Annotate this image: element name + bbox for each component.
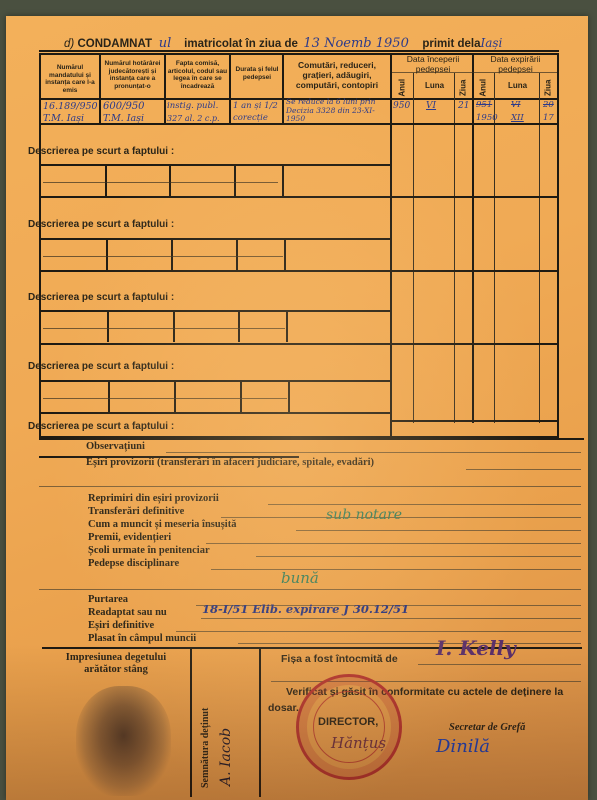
col-divider — [413, 73, 414, 423]
col-header-comutari: Comutări, reduceri, grațieri, adăugiri, … — [286, 60, 388, 90]
subcol-luna: Luna — [496, 82, 539, 90]
cell-comutari: Se reduce la 6 luni prin Decizia 3328 di… — [286, 98, 388, 124]
cell-start-anul: 950 — [393, 101, 410, 112]
cum-a-muncit-value: sub notare — [326, 507, 402, 523]
cell-start-ziua: 21 — [458, 101, 469, 112]
imatriculat-label: imatricolat în ziua de — [184, 38, 298, 50]
description-label: Descrierea pe scurt a faptului : — [28, 219, 174, 230]
fisa-signature: I. Kelly — [436, 636, 516, 660]
fingerprint-label: Impresiunea degetului arătător stâng — [46, 652, 186, 676]
esiri-definitive-label: Eșiri definitive — [88, 620, 154, 631]
fill-line — [39, 486, 581, 487]
plasat-label: Plasat în câmpul muncii — [88, 633, 196, 644]
secretar-label: Secretar de Grefă — [449, 722, 525, 733]
fill-line — [39, 589, 581, 590]
fill-line — [238, 643, 581, 644]
fingerprint-impression — [76, 686, 171, 796]
subcol-ziua: Ziua — [459, 76, 467, 100]
footer-divider — [259, 647, 261, 797]
header-title: CONDAMNAT — [77, 38, 152, 50]
row-rule — [392, 123, 557, 125]
cum-a-muncit-label: Cum a muncit și meseria însușită — [88, 519, 236, 530]
cell-fapta: instig. publ. — [167, 101, 218, 112]
subcol-luna: Luna — [415, 82, 454, 90]
col-divider — [229, 53, 231, 123]
col-header-end-date: Data expirării pedepsei — [474, 54, 557, 74]
purtarea-label: Purtarea — [88, 594, 128, 605]
secretar-signature: Dinilă — [436, 736, 490, 757]
cell-durata: 1 an și 1/2 — [233, 101, 278, 112]
row-rule — [41, 380, 390, 382]
fisa-label: Fișa a fost întocmită de — [281, 653, 398, 665]
prisoner-record-card: d) CONDAMNATul imatricolat în ziua de 13… — [6, 16, 588, 800]
reprimiri-label: Reprimiri din eșiri provizorii — [88, 493, 219, 504]
description-label: Descrierea pe scurt a faptului : — [28, 146, 174, 157]
row-rule — [41, 196, 390, 198]
primit-label: primit dela — [422, 38, 480, 50]
pedepse-value: bună — [281, 569, 319, 587]
cell-start-luna: VI — [426, 101, 436, 112]
row-rule — [392, 343, 557, 345]
subcol-anul: Anul — [398, 76, 406, 100]
col-divider — [106, 238, 108, 270]
row-rule — [39, 123, 390, 125]
row-rule — [43, 398, 287, 399]
semnatura-signature: A. Iacob — [218, 728, 234, 786]
row-rule — [43, 182, 278, 183]
col-divider — [234, 164, 236, 196]
col-divider — [282, 53, 284, 123]
fill-line — [271, 681, 581, 682]
col-divider — [284, 238, 286, 270]
fill-line — [201, 618, 581, 619]
col-divider — [236, 238, 238, 270]
col-divider — [494, 73, 495, 423]
header-rule — [39, 50, 559, 52]
scoli-label: Școli urmate în penitenciar — [88, 545, 210, 556]
col-divider — [286, 310, 288, 342]
fill-line — [296, 530, 581, 531]
pedepse-label: Pedepse disciplinare — [88, 558, 179, 569]
col-header-mandat: Numărul mandatului și instanța care l-a … — [41, 64, 99, 94]
description-label: Descrierea pe scurt a faptului : — [28, 361, 174, 372]
cell-end-luna-struck: VI — [511, 100, 521, 111]
row-rule — [41, 412, 390, 414]
fill-line — [166, 452, 581, 453]
row-rule — [41, 310, 390, 312]
col-header-hotarare: Numărul hotărârei judecătorești și insta… — [101, 60, 164, 90]
row-rule — [43, 328, 285, 329]
primit-value: Iași — [480, 36, 524, 51]
col-divider — [105, 164, 107, 196]
readaptat-label: Readaptat sau nu — [88, 607, 167, 618]
row-rule — [43, 256, 283, 257]
subcol-ziua: Ziua — [544, 76, 552, 100]
col-divider — [173, 310, 175, 342]
fill-line — [211, 569, 581, 570]
col-divider — [107, 310, 109, 342]
description-label: Descrierea pe scurt a faptului : — [28, 292, 174, 303]
readaptat-value: 18-I/51 Elib. expirare J 30.12/51 — [202, 602, 409, 616]
table-bottom-rule — [39, 438, 584, 440]
row-rule — [392, 270, 557, 272]
cell-mandat: 16.189/950 — [43, 101, 98, 112]
transferari-label: Transferări definitive — [88, 506, 184, 517]
cell-hotarare: 600/950 — [103, 101, 145, 112]
col-header-fapta: Fapta comisă, articolul, codul sau legea… — [166, 60, 229, 90]
col-divider — [288, 380, 290, 412]
col-divider — [238, 310, 240, 342]
semnatura-label: Semnătura deținut — [200, 708, 211, 788]
col-divider — [174, 380, 176, 412]
cell-end-ziua-struck: 20 — [543, 100, 554, 111]
fill-line — [176, 631, 581, 632]
esiri-provizorii-label: Eșiri provizorii (transferări în afaceri… — [86, 457, 374, 468]
col-divider — [108, 380, 110, 412]
fill-line — [268, 504, 581, 505]
row-rule — [392, 420, 557, 422]
director-signature: Hănțuș — [331, 734, 386, 752]
fill-line — [418, 664, 581, 665]
row-rule — [41, 238, 390, 240]
director-label: DIRECTOR, — [318, 716, 378, 728]
fill-line — [466, 469, 581, 470]
description-label: Descrierea pe scurt a faptului : — [28, 421, 174, 432]
premii-label: Premii, evidențieri — [88, 532, 171, 543]
col-divider — [454, 73, 455, 423]
col-divider — [169, 164, 171, 196]
subcol-anul: Anul — [479, 76, 487, 100]
col-divider — [390, 53, 392, 438]
col-header-durata: Durata și felul pedepsei — [232, 66, 282, 81]
footer-divider — [190, 647, 192, 797]
col-divider — [557, 53, 559, 423]
fill-line — [256, 556, 581, 557]
row-rule — [41, 164, 390, 166]
header-prefix: d) — [64, 38, 74, 50]
col-divider — [171, 238, 173, 270]
col-divider — [539, 73, 540, 423]
col-header-start-date: Data începerii pedepsei — [394, 54, 472, 74]
row-rule — [41, 343, 390, 345]
col-divider — [282, 164, 284, 196]
col-divider — [240, 380, 242, 412]
fill-line — [206, 543, 581, 544]
row-rule — [41, 270, 390, 272]
cell-end-anul-struck: 951 — [476, 100, 492, 111]
row-rule — [392, 196, 557, 198]
col-divider — [472, 53, 474, 423]
observatiuni-label: Observațiuni — [86, 441, 145, 452]
